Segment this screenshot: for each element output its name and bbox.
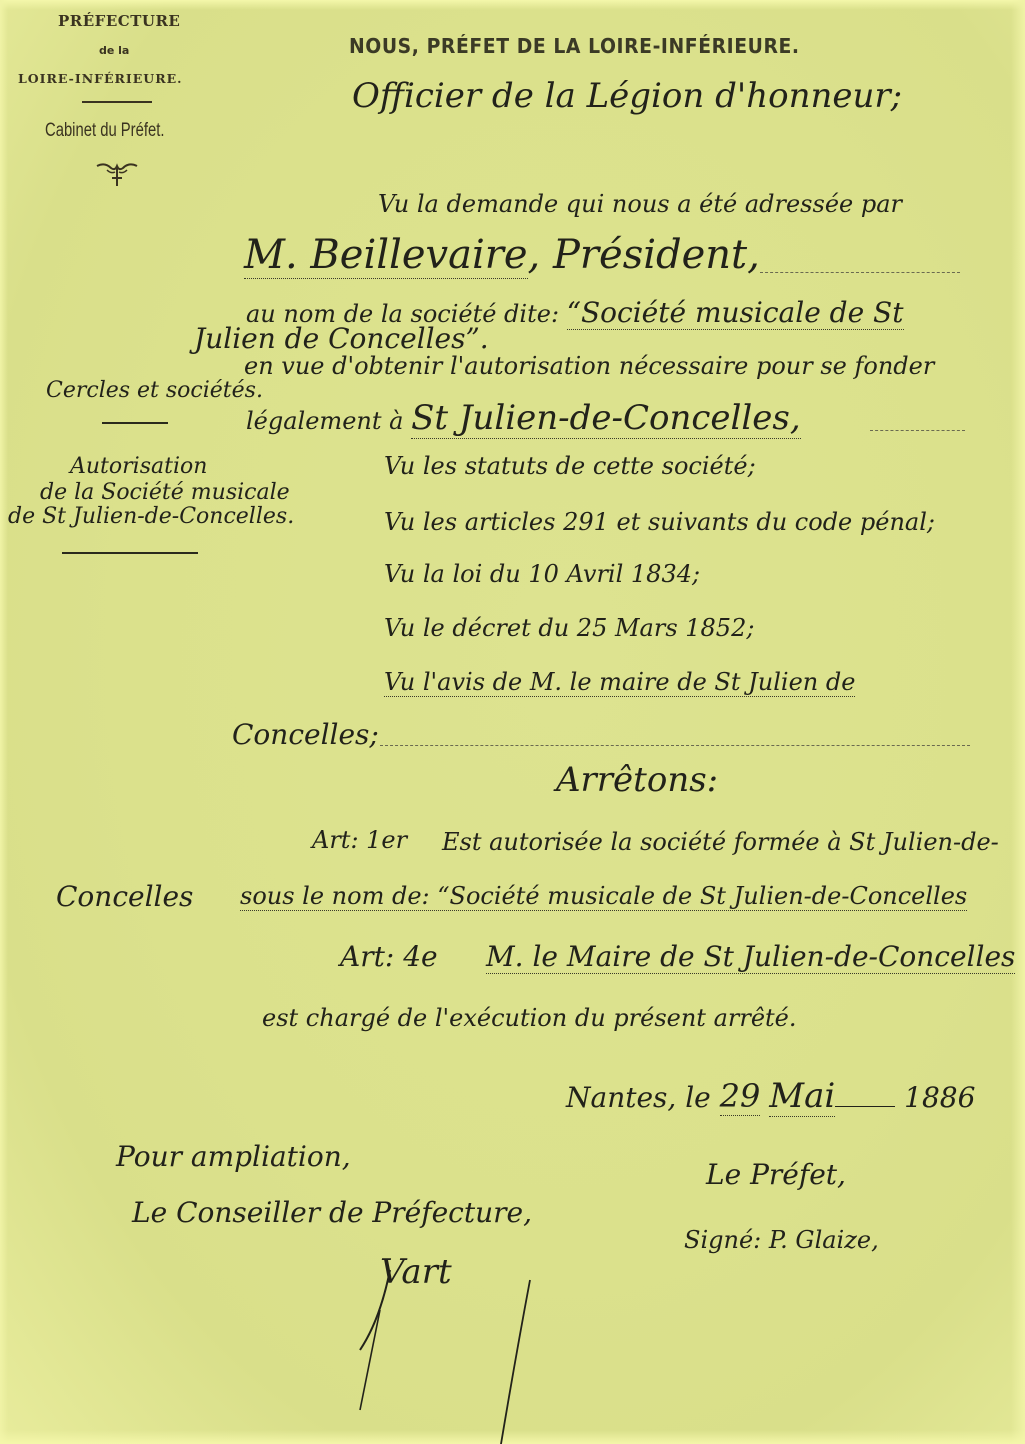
preamble-line5: en vue d'obtenir l'autorisation nécessai… (244, 352, 934, 380)
fill-line (870, 430, 965, 431)
consideration-mayor-opinion-cont: Concelles; (232, 718, 379, 751)
consideration-mayor-opinion: Vu l'avis de M. le maire de St Julien de (384, 668, 855, 696)
article-1-text-2: sous le nom de: “Société musicale de St … (240, 882, 967, 910)
prefect-line1: Le Préfet, (706, 1158, 846, 1191)
mayor-designation: M. le Maire de St Julien-de-Concelles (486, 940, 1015, 974)
article-1-label: Art: 1er (312, 826, 407, 854)
dateline-place: Nantes, le (566, 1081, 711, 1114)
article-4-label: Art: 4e (340, 940, 438, 973)
dateline: Nantes, le 29 Mai 1886 (566, 1076, 975, 1116)
applicant-name-text: M. Beillevaire (244, 232, 528, 279)
margin-category: Cercles et sociétés. (46, 378, 263, 403)
document-title: NOUS, PRÉFET DE LA LOIRE-INFÉRIEURE. (349, 34, 800, 58)
fill-line (760, 272, 960, 273)
society-name-part1: “Société musicale de St (567, 296, 904, 330)
article-4-text-2: est chargé de l'exécution du présent arr… (262, 1004, 797, 1032)
preamble-line1: Vu la demande qui nous a été adressée pa… (378, 190, 902, 218)
founding-place: St Julien-de-Concelles, (411, 398, 801, 439)
article-4-text: M. le Maire de St Julien-de-Concelles (486, 940, 1015, 973)
applicant-name: M. Beillevaire, Président, (244, 232, 760, 278)
letterhead-prefecture: PRÉFECTURE (58, 12, 180, 30)
dateline-month: Mai (769, 1076, 835, 1117)
margin-subject-line2: de la Société musicale (40, 480, 290, 505)
letterhead-de-la: de la (99, 44, 129, 57)
preamble-line6: légalement à St Julien-de-Concelles, (246, 398, 801, 438)
margin-subject-line1: Autorisation (70, 454, 207, 479)
article-1-text: Est autorisée la société formée à St Jul… (442, 828, 999, 856)
decision-heading: Arrêtons: (556, 760, 718, 800)
margin-subject-line3: de St Julien-de-Concelles. (8, 504, 294, 529)
mayor-opinion-text: Vu l'avis de M. le maire de St Julien de (384, 668, 855, 697)
paper-edge-top (0, 0, 1025, 10)
consideration-law-1834: Vu la loi du 10 Avril 1834; (384, 560, 700, 588)
line6-prefix: légalement à (246, 407, 411, 435)
fill-line (380, 745, 970, 746)
fleuron-ornament-icon (95, 160, 139, 194)
dateline-day: 29 (720, 1077, 761, 1116)
letterhead-department: LOIRE-INFÉRIEURE. (18, 71, 182, 86)
article-1-margin: Concelles (56, 880, 193, 913)
margin-divider (102, 422, 168, 424)
ampliation-line2: Le Conseiller de Préfecture, (132, 1196, 532, 1229)
document-page: PRÉFECTURE de la LOIRE-INFÉRIEURE. Cabin… (0, 0, 1025, 1444)
consideration-decree-1852: Vu le décret du 25 Mars 1852; (384, 614, 754, 642)
applicant-title: Président, (553, 232, 760, 278)
letterhead-divider (82, 101, 152, 103)
letterhead-cabinet: Cabinet du Préfet. (45, 120, 164, 142)
paper-edge-right (1011, 0, 1025, 1444)
paper-edge-left (0, 0, 8, 1444)
society-name-part2: Julien de Concelles”. (194, 322, 489, 355)
dateline-year: 1886 (904, 1081, 975, 1114)
ampliation-line1: Pour ampliation, (116, 1140, 351, 1173)
prefect-line2: Signé: P. Glaize, (684, 1226, 879, 1254)
consideration-penal-code: Vu les articles 291 et suivants du code … (384, 508, 935, 536)
society-official-name: sous le nom de: “Société musicale de St … (240, 882, 967, 911)
consideration-statutes: Vu les statuts de cette société; (384, 452, 756, 480)
margin-divider-2 (62, 552, 198, 554)
prefect-rank: Officier de la Légion d'honneur; (352, 76, 902, 116)
signature-flourish-icon (350, 1260, 550, 1444)
